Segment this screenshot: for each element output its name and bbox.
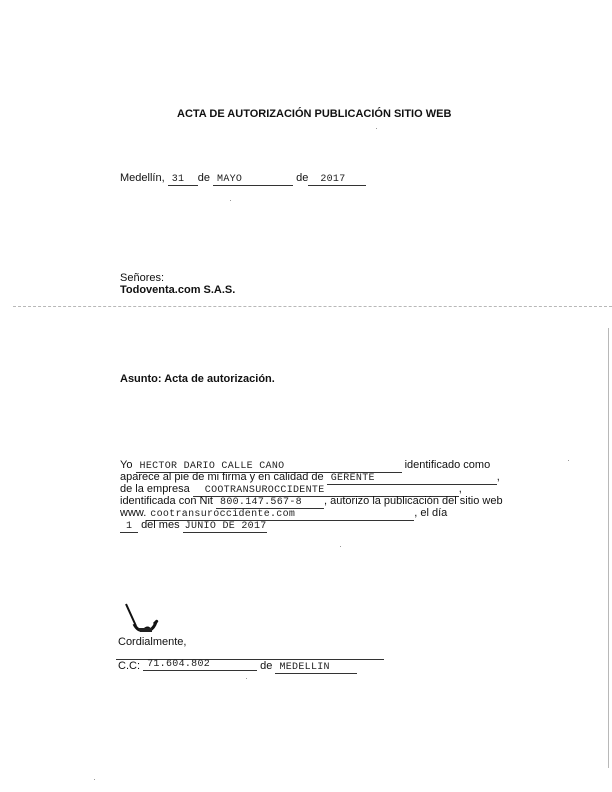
de-label: de (198, 172, 210, 184)
cc-city: MEDELLIN (275, 662, 357, 674)
id-line: C.C: 71.604.802 de MEDELLIN (118, 660, 357, 674)
yo-label: Yo (120, 459, 132, 471)
salutation: Señores: (120, 272, 164, 284)
document-title: ACTA DE AUTORIZACIÓN PUBLICACIÓN SITIO W… (177, 108, 451, 120)
date-month: MAYO (213, 174, 293, 186)
scan-artifact-line (13, 306, 612, 307)
signature-icon (124, 602, 164, 636)
day-label: , el día (414, 507, 447, 519)
identified-label: identificado como (405, 459, 491, 471)
authorize-text: , autorizo la publicación del sitio web (324, 495, 503, 507)
cc-label: C.C: (118, 660, 140, 672)
scan-edge-line (608, 328, 609, 768)
nit-label: identificada con Nit (120, 495, 213, 507)
subject-line: Asunto: Acta de autorización. (120, 373, 275, 385)
www-prefix: www. (120, 507, 146, 519)
cc-number: 71.604.802 (143, 659, 257, 671)
date-line: Medellín, 31de MAYO de2017 (120, 172, 366, 186)
date-year: 2017 (308, 174, 366, 186)
cc-de-label: de (260, 660, 272, 672)
closing-text: Cordialmente, (118, 636, 186, 648)
date-day: 31 (168, 174, 198, 186)
de-label: de (296, 172, 308, 184)
recipient-company: Todoventa.com S.A.S. (120, 284, 235, 296)
month-label: del mes (141, 519, 180, 531)
city-label: Medellín, (120, 172, 165, 184)
pub-day: 1 (120, 521, 138, 533)
capacity-label: aparece al pie de mi firma y en calidad … (120, 471, 324, 483)
company-label: de la empresa (120, 483, 190, 495)
body-line-6: 1 del mes JUNIO DE 2017 (120, 519, 267, 533)
pub-month-year: JUNIO DE 2017 (183, 521, 267, 533)
